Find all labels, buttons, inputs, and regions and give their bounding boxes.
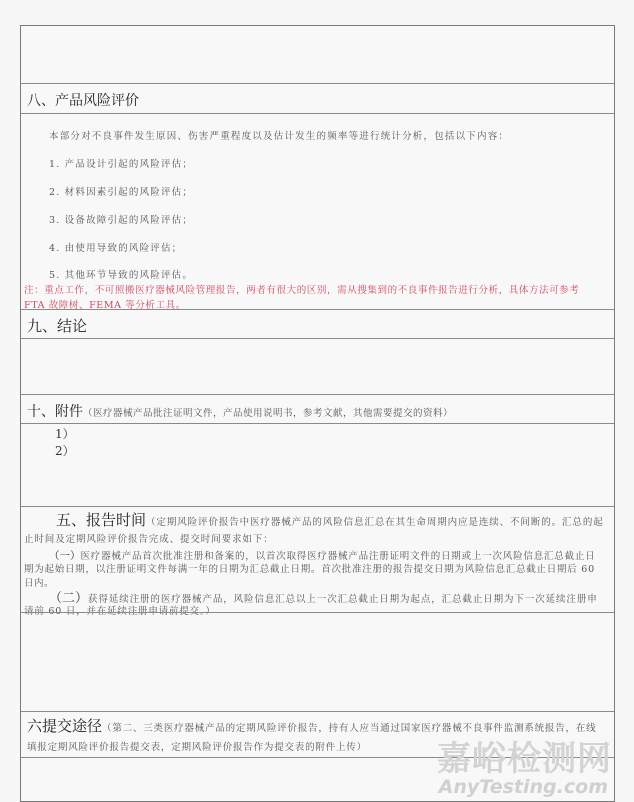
risk-item-4: 4. 由使用导致的风险评估； <box>49 240 182 254</box>
section-8-title: 八、产品风险评价 <box>21 84 614 110</box>
section-5-content: 五、报告时间（定期风险评价报告中医疗器械产品的风险信息汇总在其生命周期内应是连续… <box>21 506 614 612</box>
section-10-title: 十、附件 <box>27 404 83 420</box>
risk-item-1: 1. 产品设计引起的风险评估； <box>49 156 193 170</box>
note-line-1: 注：重点工作，不可照搬医疗器械风险管理报告，两者有很大的区别，需从搜集到的不良事… <box>24 282 580 296</box>
section-10-content: 1） 2） <box>21 423 614 506</box>
risk-item-3: 3. 设备故障引起的风险评估； <box>49 212 193 226</box>
section-9-title: 九、结论 <box>21 310 614 336</box>
section-10-header: 十、附件（医疗器械产品批注证明文件，产品使用说明书，参考文献，其他需要提交的资料… <box>21 394 614 423</box>
section-9-header: 九、结论 <box>21 309 614 338</box>
section-6-title: 六提交途径 <box>27 717 102 735</box>
section-5-p1-line2: 期为起始日期，以注册证明文件每满一年的日期为汇总截止日期。首次批准注册的报告提交… <box>24 561 595 575</box>
section-6-line2: 填报定期风险评价报告提交表，定期风险评价报告作为提交表的附件上传） <box>27 739 367 753</box>
section-5-line2: 止时间及定期风险评价报告完成、提交时间要求如下： <box>24 531 274 545</box>
section-8-header: 八、产品风险评价 <box>21 83 614 113</box>
watermark-en: AnyTesting.com <box>437 777 608 797</box>
section-9-content <box>21 338 614 394</box>
section-8-intro: 本部分对不良事件发生原因、伤害严重程度以及估计发生的频率等进行统计分析，包括以下… <box>49 128 509 142</box>
section-5-title: 五、报告时间 <box>56 511 146 529</box>
risk-item-5: 5. 其他环节导致的风险评估。 <box>49 267 193 281</box>
empty-row-top <box>21 26 614 83</box>
section-6-line1: 六提交途径（第二、三类医疗器械产品的定期风险评价报告，持有人应当通过国家医疗器械… <box>27 715 596 736</box>
section-10-subtitle: （医疗器械产品批注证明文件，产品使用说明书，参考文献，其他需要提交的资料） <box>83 408 453 419</box>
attachment-item-2: 2） <box>55 442 75 459</box>
section-8-content: 本部分对不良事件发生原因、伤害严重程度以及估计发生的频率等进行统计分析，包括以下… <box>21 113 614 309</box>
section-10-heading: 十、附件（医疗器械产品批注证明文件，产品使用说明书，参考文献，其他需要提交的资料… <box>21 395 614 421</box>
section-5-line1: 五、报告时间（定期风险评价报告中医疗器械产品的风险信息汇总在其生命周期内应是连续… <box>56 509 604 530</box>
section-6-content: 六提交途径（第二、三类医疗器械产品的定期风险评价报告，持有人应当通过国家医疗器械… <box>21 711 614 757</box>
empty-row-middle <box>21 612 614 711</box>
empty-row-bottom: 嘉峪检测网 AnyTesting.com <box>21 757 614 801</box>
risk-item-2: 2. 材料因素引起的风险评估； <box>49 184 193 198</box>
attachment-item-1: 1） <box>55 425 75 442</box>
report-form-table: 八、产品风险评价 本部分对不良事件发生原因、伤害严重程度以及估计发生的频率等进行… <box>20 25 615 802</box>
